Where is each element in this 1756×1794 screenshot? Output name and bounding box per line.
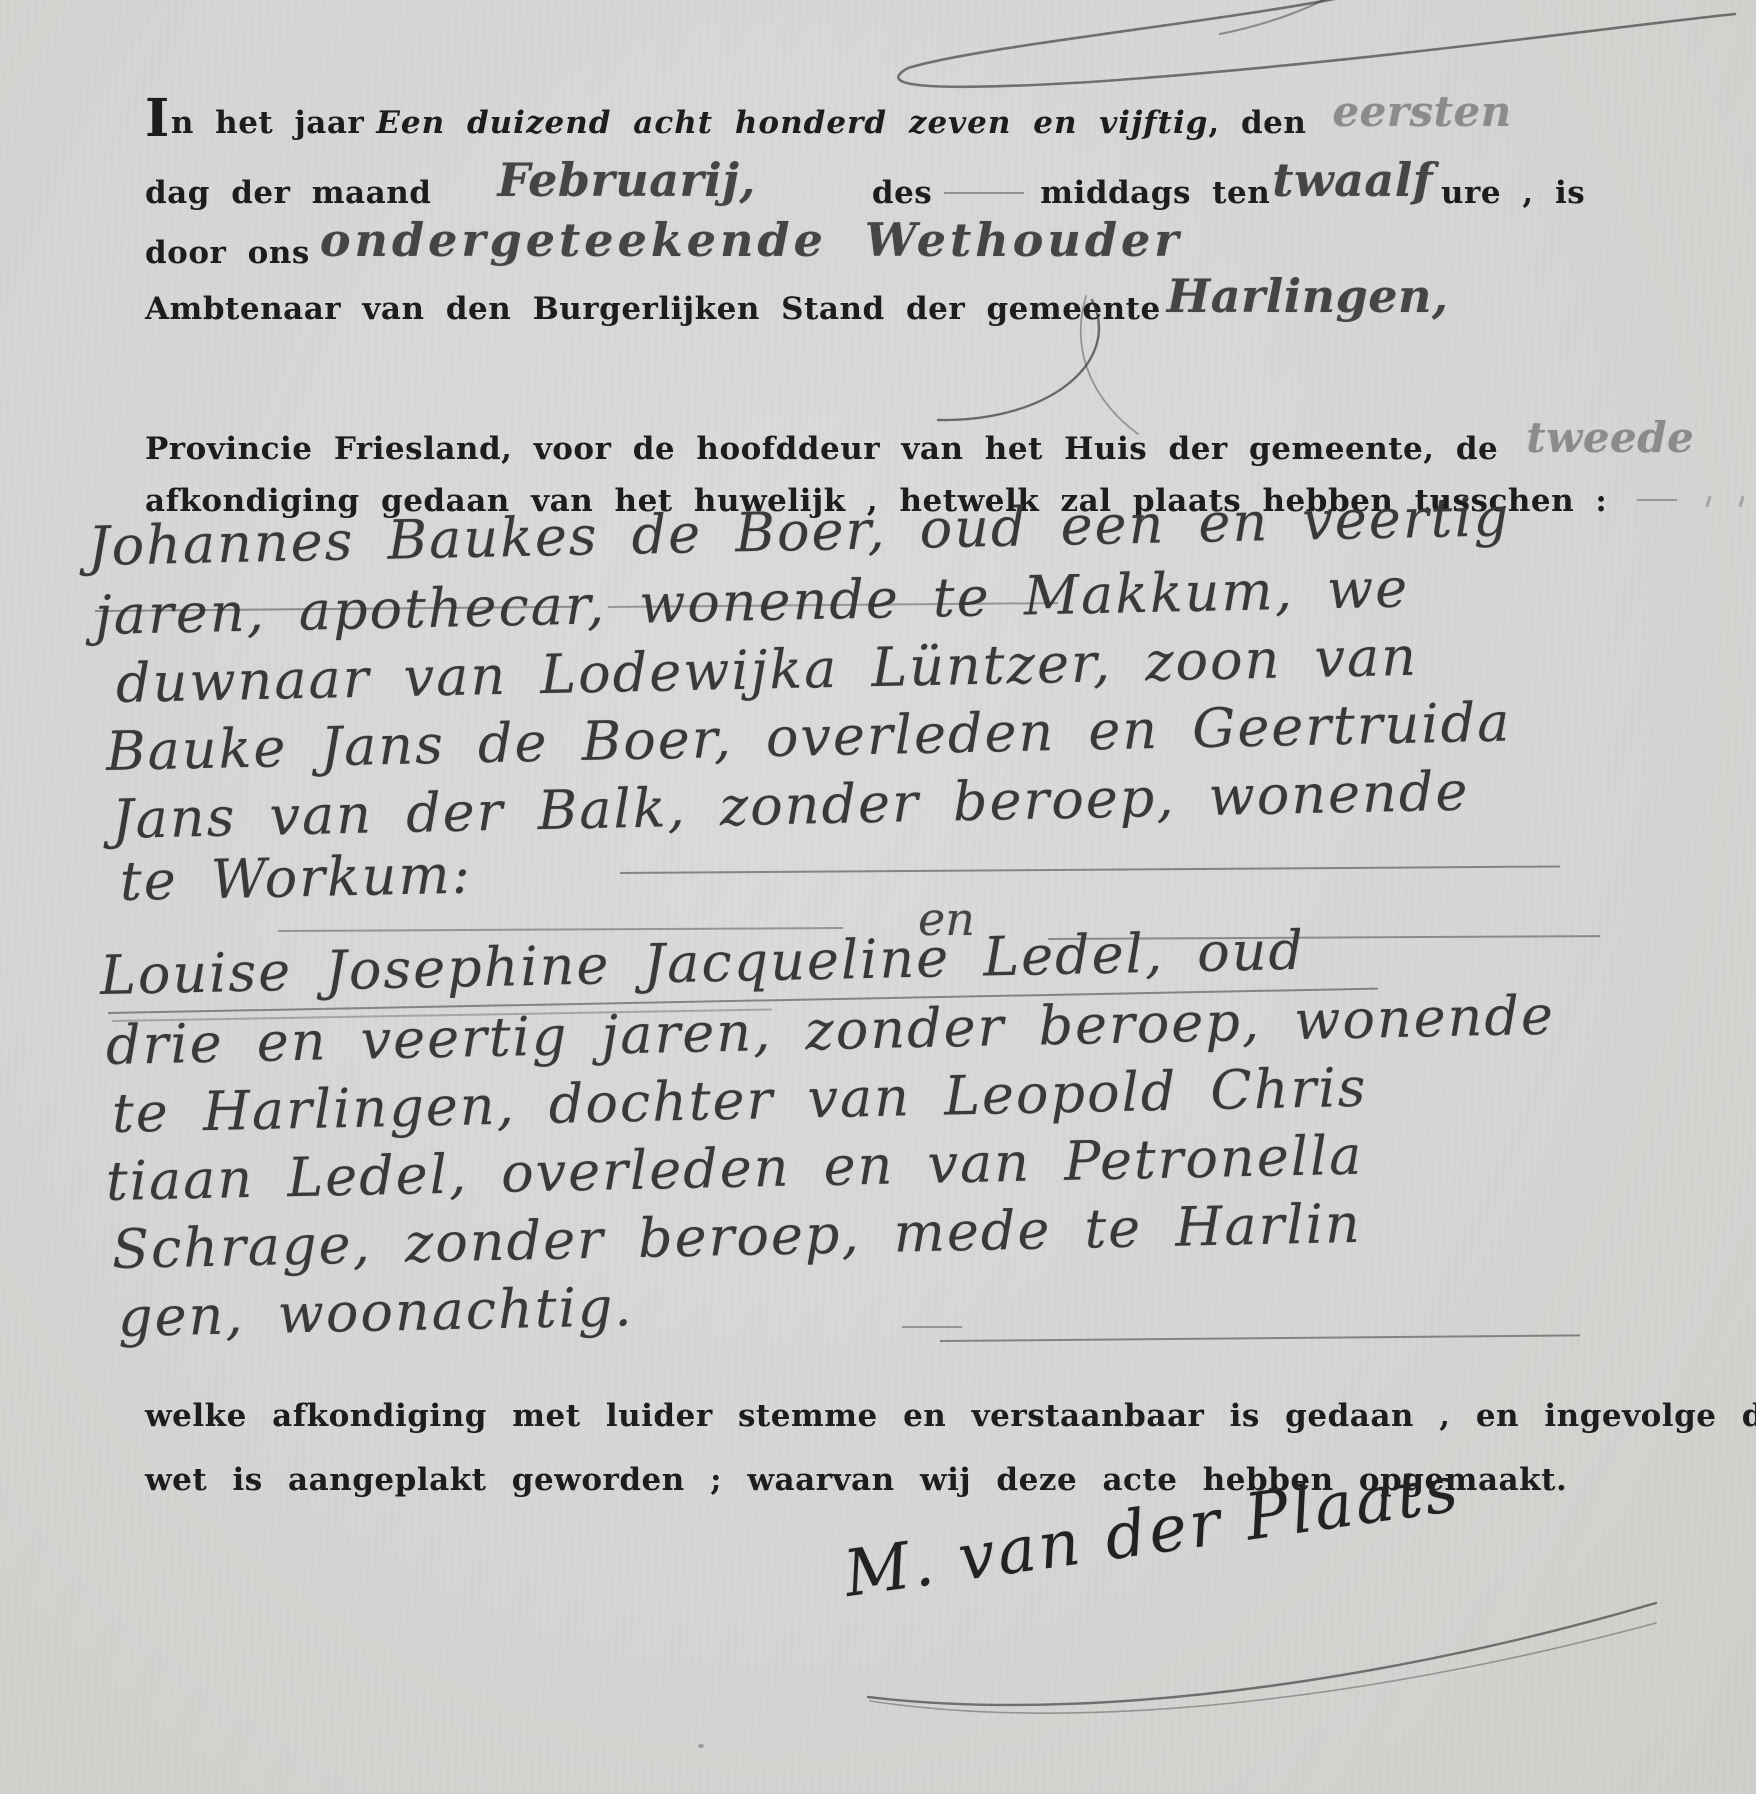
ink-tick bbox=[1739, 496, 1745, 507]
paragraph-filler-dash bbox=[902, 1326, 962, 1328]
handwritten-announcement-ordinal: tweede bbox=[1526, 413, 1694, 462]
printed-comma-den: , den bbox=[1208, 105, 1306, 141]
handwritten-day-of-month: eersten bbox=[1332, 87, 1511, 136]
ink-dash-after-tusschen bbox=[1637, 499, 1677, 501]
printed-des: des bbox=[872, 175, 932, 211]
page-top-ink-flourish bbox=[790, 0, 1750, 94]
handwritten-month: Februarij, bbox=[497, 153, 755, 207]
printed-provincie-line: Provincie Friesland, voor de hoofddeur v… bbox=[145, 431, 1498, 467]
printed-door-ons: door ons bbox=[145, 235, 310, 271]
ink-tick bbox=[1706, 496, 1712, 507]
printed-drop-cap-initial: I bbox=[145, 88, 170, 149]
paragraph-filler-dash bbox=[620, 865, 1560, 874]
opening-line-year: In het jaarEen duizend acht honderd zeve… bbox=[145, 94, 1512, 144]
printed-year-words: Een duizend acht honderd zeven en vijfti… bbox=[376, 105, 1208, 141]
printed-middags-ten: middags ten bbox=[1040, 175, 1270, 211]
signature-ink-flourish bbox=[820, 1545, 1700, 1735]
ink-dash-after-des bbox=[944, 192, 1024, 194]
opening-line-official: door onsondergeteekende Wethouder bbox=[145, 220, 1183, 275]
provincie-line: Provincie Friesland, voor de hoofddeur v… bbox=[145, 420, 1694, 470]
paper-smudge bbox=[698, 1744, 704, 1748]
opening-line-month-hour: dag der maandFebruarij,desmiddags tentwa… bbox=[145, 160, 1585, 215]
closing-line-1: welke afkondiging met luider stemme en v… bbox=[145, 1398, 1756, 1435]
printed-in-het-jaar: n het jaar bbox=[171, 105, 364, 141]
printed-ure-is: ure , is bbox=[1441, 175, 1585, 211]
paragraph-filler-dash bbox=[940, 1334, 1580, 1342]
scanned-document-page: In het jaarEen duizend acht honderd zeve… bbox=[0, 0, 1756, 1794]
printed-dag-der-maand: dag der maand bbox=[145, 175, 431, 211]
groom-line-6: te Workum: bbox=[119, 843, 472, 913]
bride-line-6: gen, woonachtig. bbox=[117, 1275, 634, 1349]
opening-line-gemeente: Ambtenaar van den Burgerlijken Stand der… bbox=[145, 276, 1449, 331]
handwritten-official-title: ondergeteekende Wethouder bbox=[320, 213, 1183, 267]
handwritten-hour: twaalf bbox=[1272, 153, 1433, 207]
